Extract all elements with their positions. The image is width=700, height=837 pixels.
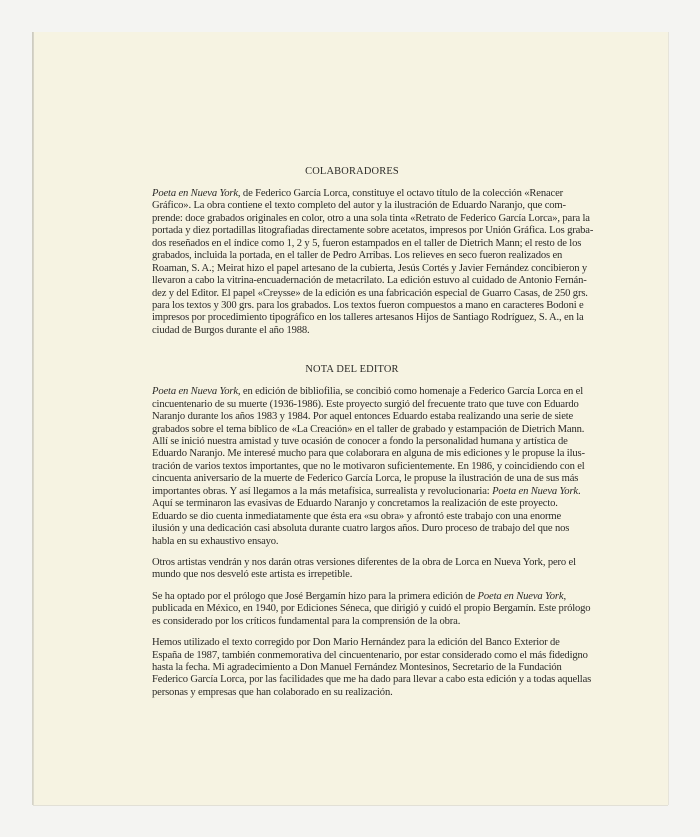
text-line: para los textos y 300 grs. para los grab…	[152, 300, 552, 312]
text-line: ilusión y una dedicación casi absoluta d…	[152, 523, 552, 535]
text-line: prende: doce grabados originales en colo…	[152, 213, 552, 225]
book-title: Poeta en Nueva York	[492, 486, 578, 497]
text-line: dez y del Editor. El papel «Creysse» de …	[152, 288, 552, 300]
text-line: llevaron a cabo la vitrina-encuadernació…	[152, 275, 552, 287]
text-line: Roaman, S. A.; Meirat hizo el papel arte…	[152, 263, 552, 275]
paragraph: Otros artistas vendrán y nos darán otras…	[152, 557, 552, 582]
text-line: portada y diez portadillas litografiadas…	[152, 225, 552, 237]
text-line: Hemos utilizado el texto corregido por D…	[152, 637, 552, 649]
text-line: publicada en México, en 1940, por Edicio…	[152, 603, 552, 615]
text-line: hasta la fecha. Mi agradecimiento a Don …	[152, 662, 552, 674]
text-line: Aquí se terminaron las evasivas de Eduar…	[152, 498, 552, 510]
text-line: Se ha optado por el prólogo que José Ber…	[152, 591, 552, 603]
text-line: grabados sobre el tema bíblico de «La Cr…	[152, 424, 552, 436]
text-line: importantes obras. Y así llegamos a la m…	[152, 486, 552, 498]
text-line: habla en su exhaustivo ensayo.	[152, 536, 552, 548]
paper-sheet: COLABORADORESPoeta en Nueva York, de Fed…	[33, 32, 668, 805]
text-line: es considerado por los críticos fundamen…	[152, 616, 552, 628]
text-line: cincuenta aniversario de la muerte de Fe…	[152, 473, 552, 485]
text-line: Poeta en Nueva York, de Federico García …	[152, 188, 552, 200]
text-line: grabados, incluida la portada, en el tal…	[152, 250, 552, 262]
text-line: mundo que nos desveló este artista es ir…	[152, 569, 552, 581]
book-title: Poeta en Nueva York	[152, 188, 238, 199]
document-body: COLABORADORESPoeta en Nueva York, de Fed…	[152, 165, 552, 699]
text-line: dos reseñados en el índice como 1, 2 y 5…	[152, 238, 552, 250]
text-line: ciudad de Burgos durante el año 1988.	[152, 325, 552, 337]
paragraph: Poeta en Nueva York, en edición de bibli…	[152, 386, 552, 548]
section-heading: NOTA DEL EDITOR	[152, 363, 552, 377]
text-line: tración de varios textos importantes, qu…	[152, 461, 552, 473]
paragraph: Poeta en Nueva York, de Federico García …	[152, 188, 552, 337]
text-line: Poeta en Nueva York, en edición de bibli…	[152, 386, 552, 398]
text-line: Otros artistas vendrán y nos darán otras…	[152, 557, 552, 569]
book-title: Poeta en Nueva York	[478, 591, 564, 602]
text-line: cincuentenario de su muerte (1936-1986).…	[152, 399, 552, 411]
paragraph: Hemos utilizado el texto corregido por D…	[152, 637, 552, 699]
text-line: Federico García Lorca, por las facilidad…	[152, 674, 552, 686]
paragraph: Se ha optado por el prólogo que José Ber…	[152, 591, 552, 628]
text-line: Naranjo durante los años 1983 y 1984. Po…	[152, 411, 552, 423]
section-heading: COLABORADORES	[152, 165, 552, 179]
book-title: Poeta en Nueva York	[152, 386, 238, 397]
text-line: Eduardo se dio cuenta inmediatamente que…	[152, 511, 552, 523]
text-line: Eduardo Naranjo. Me interesé mucho para …	[152, 448, 552, 460]
text-line: Allí se inició nuestra amistad y tuve oc…	[152, 436, 552, 448]
text-line: Gráfico». La obra contiene el texto comp…	[152, 200, 552, 212]
text-line: impresos por procedimiento tipográfico e…	[152, 312, 552, 324]
text-line: personas y empresas que han colaborado e…	[152, 687, 552, 699]
text-line: España de 1987, también conmemorativa de…	[152, 650, 552, 662]
